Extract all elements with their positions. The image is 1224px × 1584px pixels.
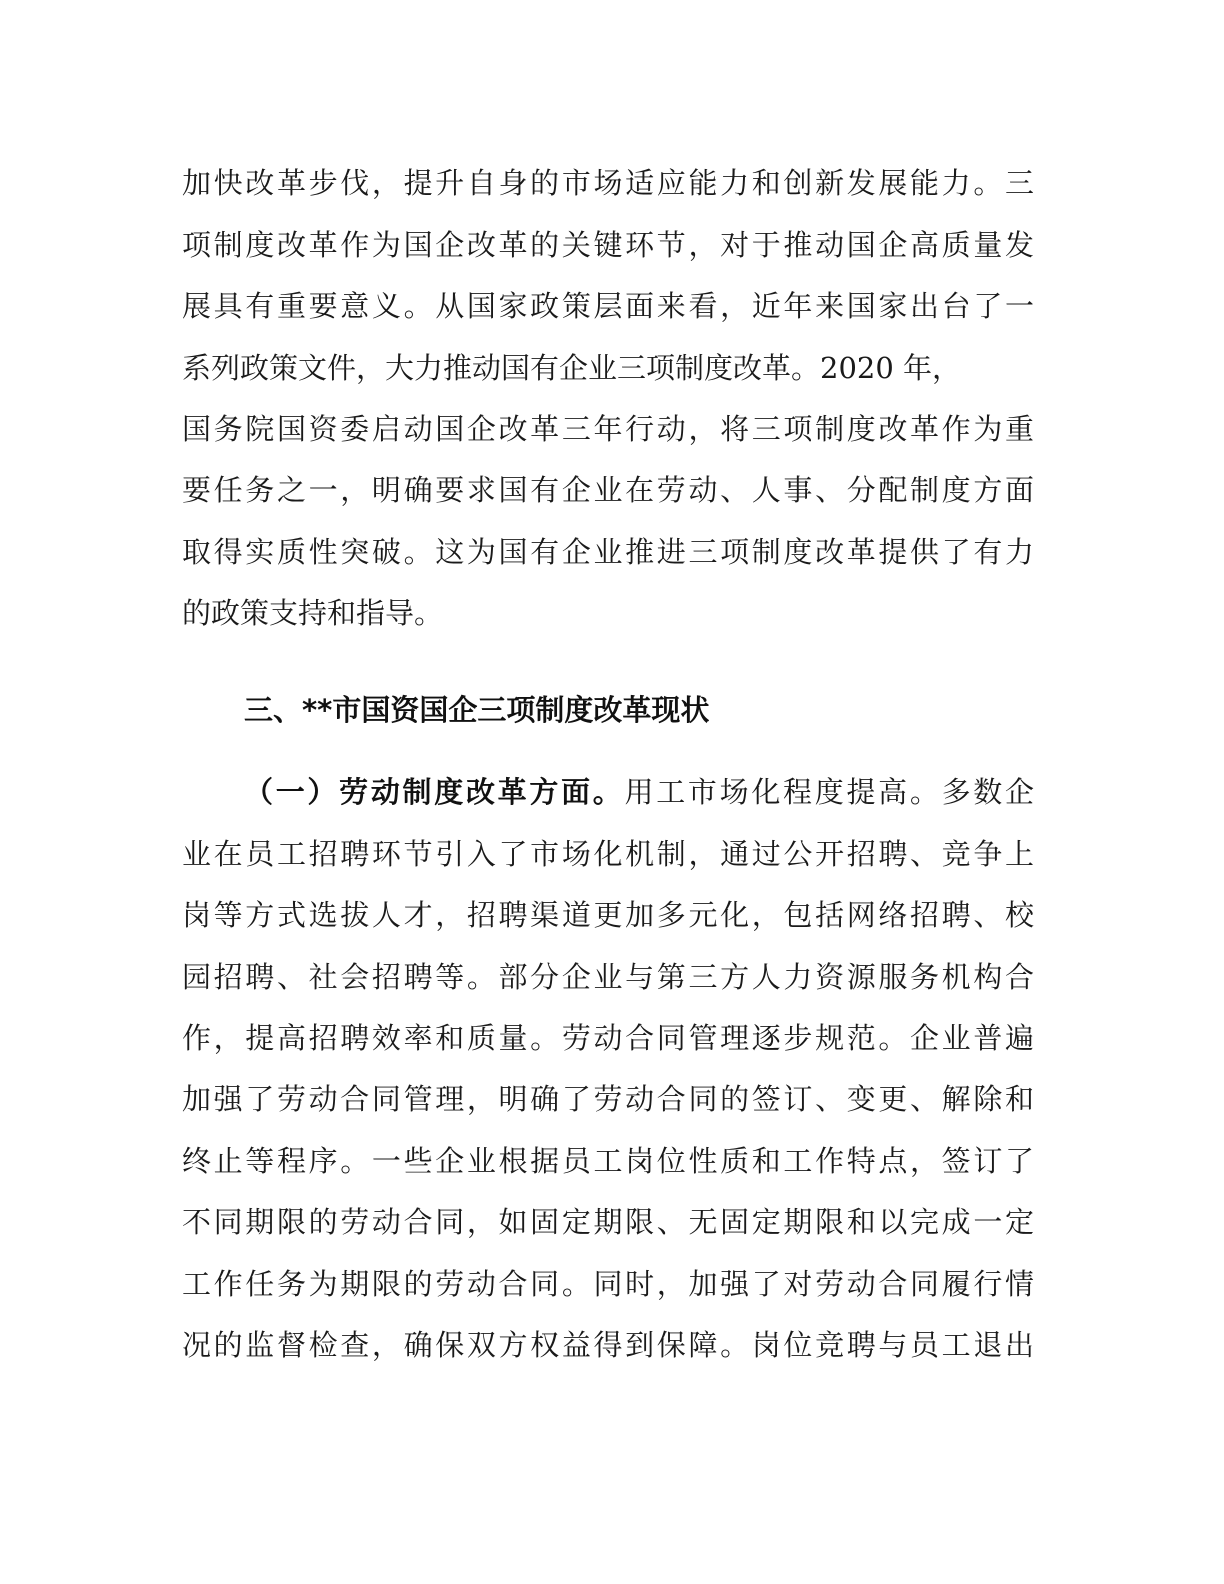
text-line: 不同期限的劳动合同，如固定期限、无固定期限和以完成一定 (182, 1202, 1034, 1242)
text-line: 作，提高招聘效率和质量。劳动合同管理逐步规范。企业普遍 (182, 1018, 1034, 1058)
text-line: 要任务之一，明确要求国有企业在劳动、人事、分配制度方面 (182, 470, 1034, 510)
subsection-first-line-text: 用工市场化程度提高。多数企 (625, 775, 1035, 809)
text-line: 工作任务为期限的劳动合同。同时，加强了对劳动合同履行情 (182, 1264, 1034, 1304)
document-page: 加快改革步伐，提升自身的市场适应能力和创新发展能力。三 项制度改革作为国企改革的… (0, 0, 1224, 1584)
text-line: 展具有重要意义。从国家政策层面来看，近年来国家出台了一 (182, 286, 1034, 326)
subsection-first-line: （一）劳动制度改革方面。用工市场化程度提高。多数企 (244, 772, 1034, 812)
text-line: 岗等方式选拔人才，招聘渠道更加多元化，包括网络招聘、校 (182, 895, 1034, 935)
text-line: 园招聘、社会招聘等。部分企业与第三方人力资源服务机构合 (182, 957, 1034, 997)
text-line: 的政策支持和指导。 (182, 593, 1034, 633)
text-line: 国务院国资委启动国企改革三年行动，将三项制度改革作为重 (182, 409, 1034, 449)
text-line: 终止等程序。一些企业根据员工岗位性质和工作特点，签订了 (182, 1141, 1034, 1181)
text-line: 加强了劳动合同管理，明确了劳动合同的签订、变更、解除和 (182, 1079, 1034, 1119)
subsection-heading: （一）劳动制度改革方面。 (244, 775, 625, 809)
section-heading: 三、**市国资国企三项制度改革现状 (244, 690, 709, 730)
text-line: 系列政策文件，大力推动国有企业三项制度改革。2020 年， (182, 348, 1034, 388)
text-line: 项制度改革作为国企改革的关键环节，对于推动国企高质量发 (182, 225, 1034, 265)
text-line: 况的监督检查，确保双方权益得到保障。岗位竞聘与员工退出 (182, 1325, 1034, 1365)
text-line: 加快改革步伐，提升自身的市场适应能力和创新发展能力。三 (182, 163, 1034, 203)
text-line: 业在员工招聘环节引入了市场化机制，通过公开招聘、竞争上 (182, 834, 1034, 874)
text-line: 取得实质性突破。这为国有企业推进三项制度改革提供了有力 (182, 532, 1034, 572)
